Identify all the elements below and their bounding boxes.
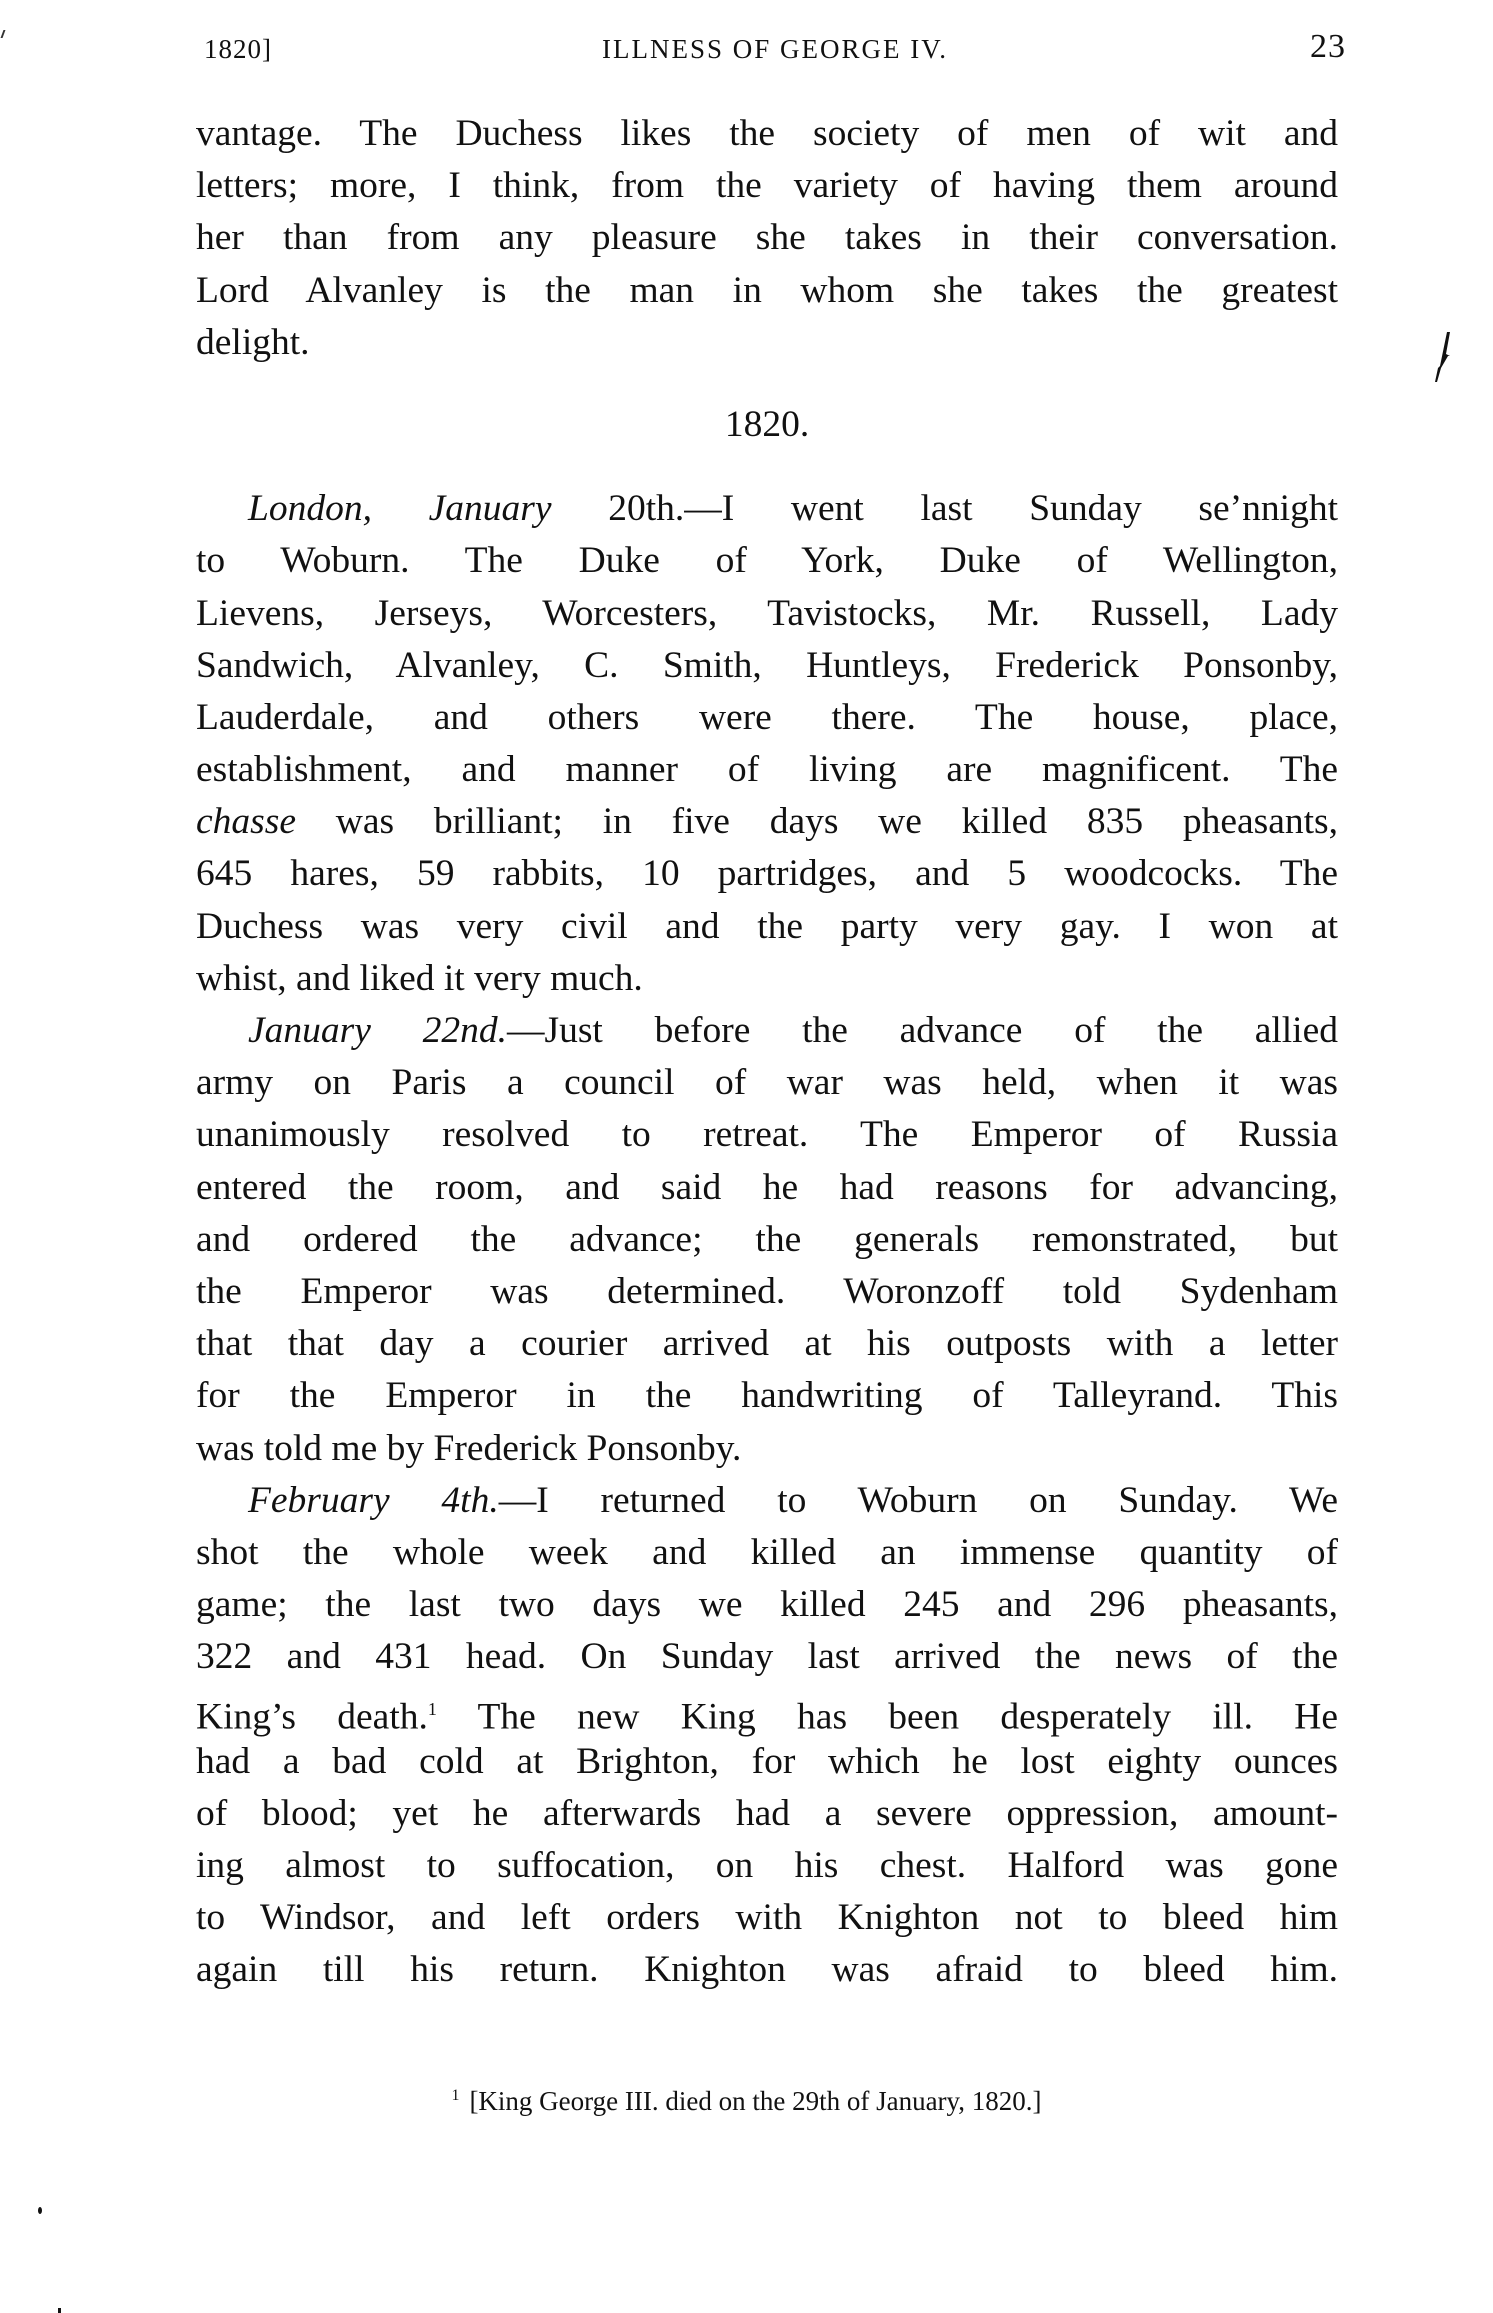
text-line: entered the room, and said he had reason… [196,1162,1338,1214]
margin-dot [38,2207,42,2214]
entry-first-line: February 4th.—I returned to Woburn on Su… [196,1475,1338,1527]
text-line: ing almost to suffocation, on his chest.… [196,1840,1338,1892]
text-line: delight. [196,317,1338,369]
text-line: establishment, and manner of living are … [196,744,1338,796]
text-line: to Woburn. The Duke of York, Duke of Wel… [196,535,1338,587]
entry-january-22: January 22nd.—Just before the advance of… [196,1005,1338,1475]
footnote: 1[King George III. died on the 29th of J… [0,2086,1493,2117]
text-line: and ordered the advance; the generals re… [196,1214,1338,1266]
italic-word: chasse [196,801,296,842]
text-line: for the Emperor in the handwriting of Ta… [196,1370,1338,1422]
intro-paragraph: vantage. The Duchess likes the society o… [196,108,1338,369]
text-line: had a bad cold at Brighton, for which he… [196,1736,1338,1788]
text-line: vantage. The Duchess likes the society o… [196,108,1338,160]
text-line: shot the whole week and killed an immens… [196,1527,1338,1579]
text-line: whist, and liked it very much. [196,953,1338,1005]
margin-dot [58,2308,61,2313]
text-line: was told me by Frederick Ponsonby. [196,1423,1338,1475]
text-line: chasse was brilliant; in five days we ki… [196,796,1338,848]
text-line: her than from any pleasure she takes in … [196,212,1338,264]
entry-february-4: February 4th.—I returned to Woburn on Su… [196,1475,1338,1997]
text-line: unanimously resolved to retreat. The Emp… [196,1109,1338,1161]
footnote-text: [King George III. died on the 29th of Ja… [469,2086,1041,2116]
entry-first-line: London, January 20th.—I went last Sunday… [196,483,1338,535]
text-line: army on Paris a council of war was held,… [196,1057,1338,1109]
text-line: Lievens, Jerseys, Worcesters, Tavistocks… [196,588,1338,640]
entry-date: January 22nd. [248,1010,507,1051]
text-line: of blood; yet he afterwards had a severe… [196,1788,1338,1840]
text-line: Lord Alvanley is the man in whom she tak… [196,265,1338,317]
entry-date: London, January [248,488,552,529]
page-number: 23 [1310,28,1346,66]
header-title: ILLNESS OF GEORGE IV. [200,34,1350,65]
text-line: that that day a courier arrived at his o… [196,1318,1338,1370]
text-line: Duchess was very civil and the party ver… [196,901,1338,953]
year-heading: 1820. [196,399,1338,451]
quill-mark-icon [1435,330,1451,382]
footnote-reference[interactable]: 1 [428,1699,437,1719]
footnote-marker: 1 [451,2087,459,2104]
text-line: Sandwich, Alvanley, C. Smith, Huntleys, … [196,640,1338,692]
entry-date: February 4th. [248,1480,499,1521]
text-line: the Emperor was determined. Woronzoff to… [196,1266,1338,1318]
margin-mark [1,30,10,38]
text-line: King’s death.1 The new King has been des… [196,1683,1338,1735]
text-line: Lauderdale, and others were there. The h… [196,692,1338,744]
text-line: again till his return. Knighton was afra… [196,1944,1338,1996]
text-line: 322 and 431 head. On Sunday last arrived… [196,1631,1338,1683]
text-line: 645 hares, 59 rabbits, 10 partridges, an… [196,848,1338,900]
running-header: 1820] ILLNESS OF GEORGE IV. 23 [200,28,1350,68]
entry-first-line: January 22nd.—Just before the advance of… [196,1005,1338,1057]
text-line: to Windsor, and left orders with Knighto… [196,1892,1338,1944]
entry-january-20: London, January 20th.—I went last Sunday… [196,483,1338,1005]
page-body: vantage. The Duchess likes the society o… [196,108,1338,1997]
text-line: game; the last two days we killed 245 an… [196,1579,1338,1631]
text-line: letters; more, I think, from the variety… [196,160,1338,212]
